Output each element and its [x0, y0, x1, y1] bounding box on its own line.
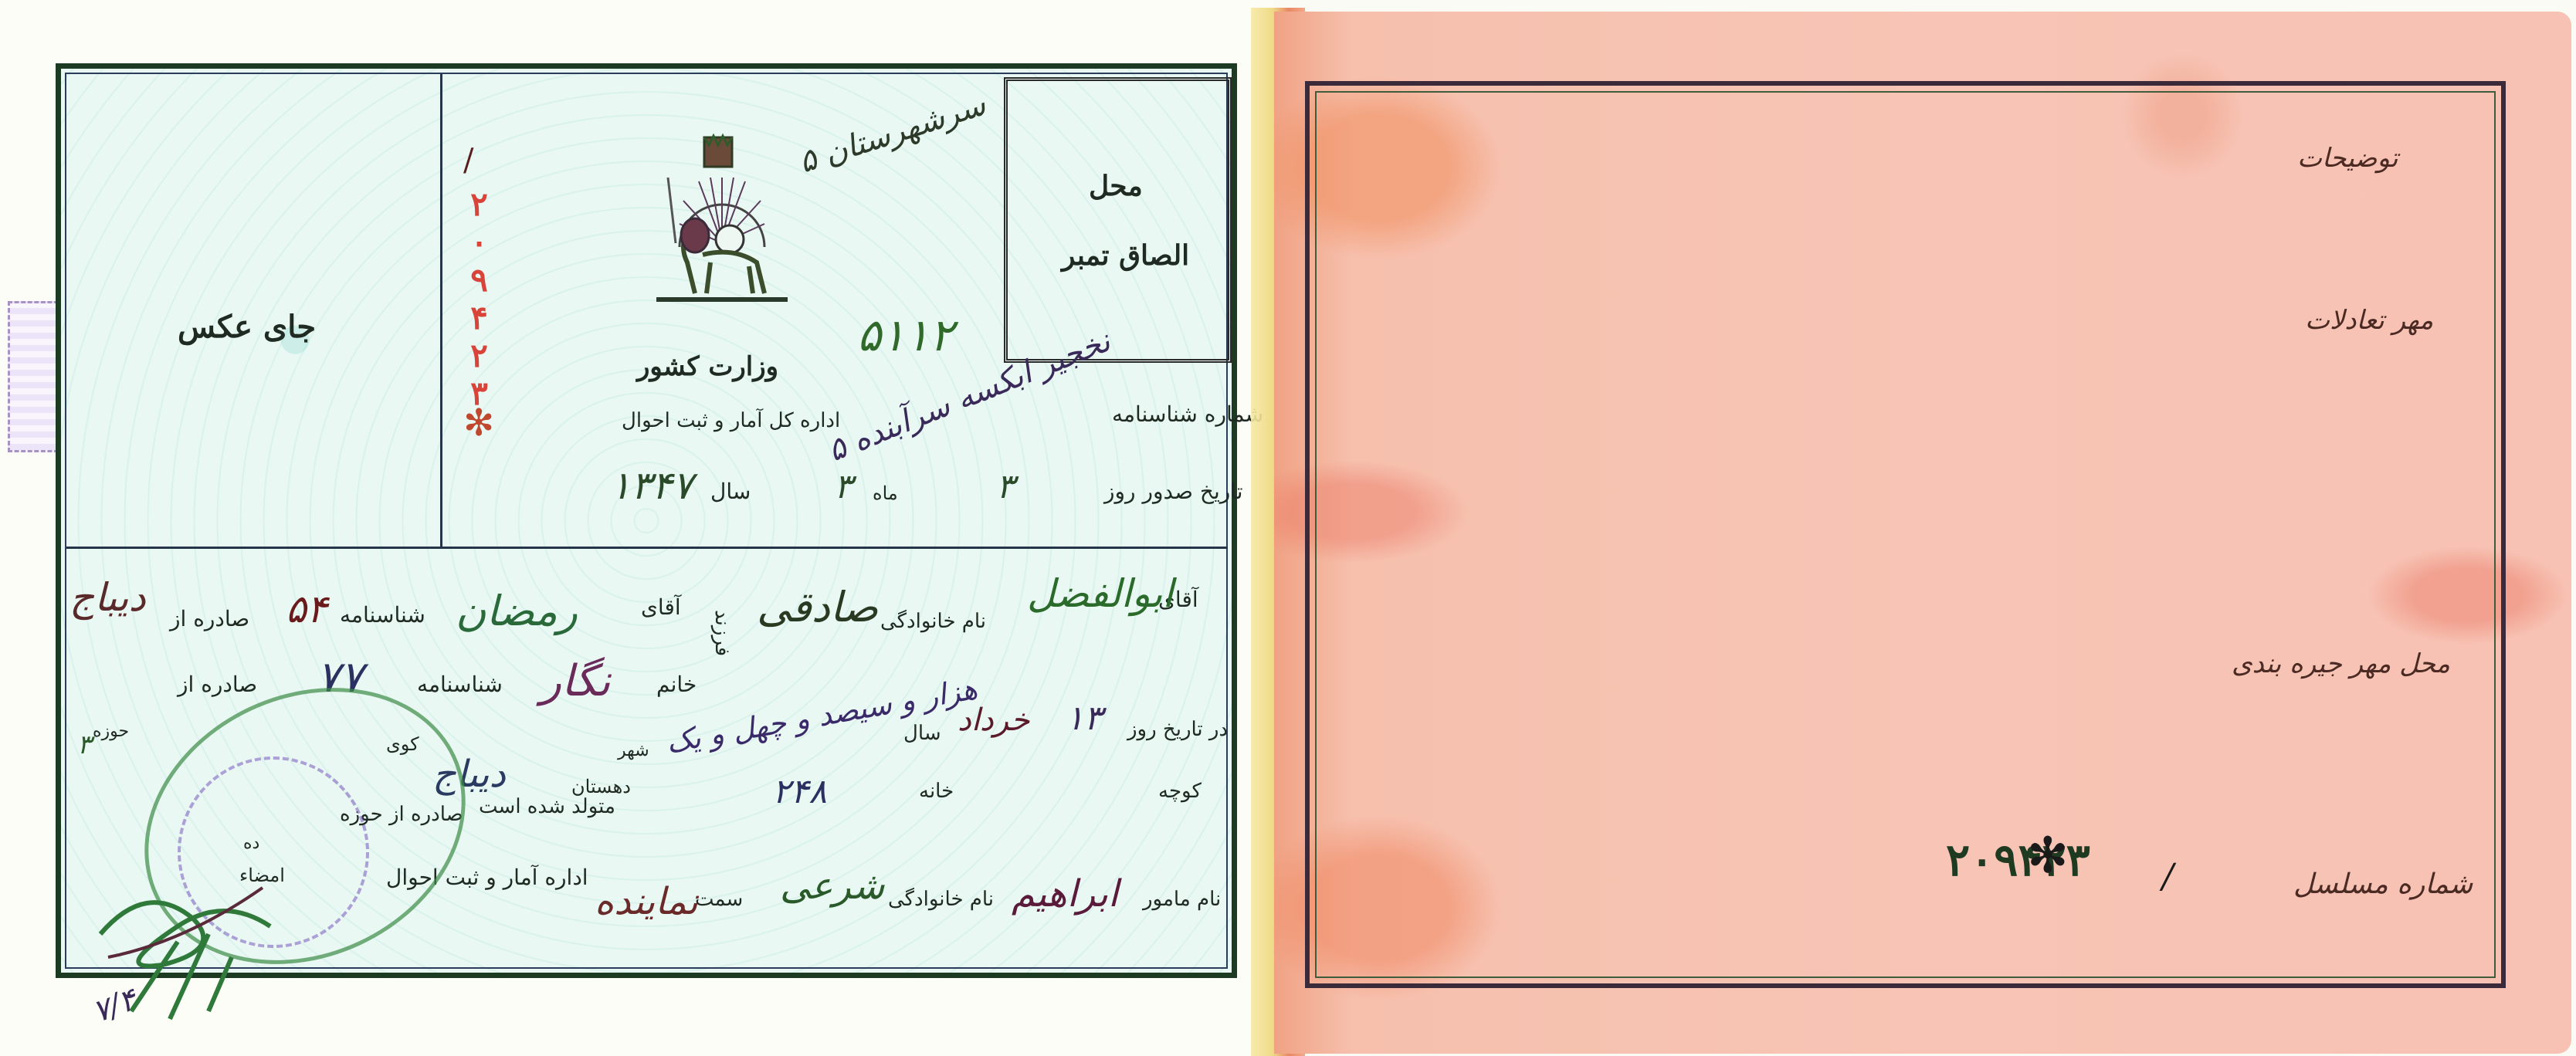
month-label: ماه [873, 482, 898, 504]
serial-number-vertical: ۲۰۹۴۲۳ [452, 185, 498, 412]
issue-day: ۳ [996, 467, 1015, 506]
right-page-inner-border [1315, 91, 2496, 978]
department-label: اداره کل آمار و ثبت احوال [622, 409, 840, 432]
birth-year-label: سال [903, 722, 941, 745]
house-value: ۲۴۸ [772, 772, 827, 811]
serial-label: شماره مسلسل [2293, 868, 2473, 900]
ministry-label: وزارت کشور [637, 351, 778, 382]
certificate-number-value: ۵۱۱۲ [857, 309, 954, 361]
section-divider [66, 547, 1228, 549]
issue-year: ۱۳۴۷ [610, 463, 693, 508]
birth-month: خرداد [958, 702, 1030, 738]
father-id: ۵۴ [286, 587, 327, 631]
issued-from-label: صادره از [170, 606, 249, 631]
serial-number: ۲۰۹۴۲۳ [1946, 834, 2090, 886]
officer-name-label: نام مامور [1143, 888, 1221, 911]
birth-day: ۱۳ [1066, 699, 1102, 738]
stamp-box [1004, 77, 1232, 363]
side-stamp [8, 301, 59, 452]
birth-date-label: در تاریخ روز [1127, 718, 1228, 741]
grandfather-name: رمضان [456, 587, 578, 635]
serial-prefix: / [2162, 857, 2174, 896]
asterisk-icon: ✻ [2027, 828, 2069, 885]
issue-month: ۳ [834, 467, 852, 506]
birth-place-district-label: دهستان [571, 776, 631, 797]
serial-prefix: / [463, 143, 473, 178]
family-name: صادقی [757, 583, 878, 631]
father-id-label: شناسنامه [340, 602, 425, 628]
issue-date-label: تاریخ صدور روز [1104, 479, 1243, 504]
mother-name: نگار [541, 656, 611, 706]
father-name: ابوالفضل [1027, 571, 1173, 616]
year-label: سال [710, 479, 751, 504]
ration-stamp-label: محل مهر جیره بندی [2232, 648, 2450, 679]
registered-label: متولد شده است [479, 795, 615, 818]
photo-area-label: جای عکس [178, 309, 316, 345]
family-name-label: نام خانوادگی [880, 610, 986, 633]
mother-id-label: شناسنامه [417, 672, 503, 697]
asterisk-icon: ✻ [463, 401, 494, 445]
house-label: خانه [919, 780, 954, 803]
grandfather-title: آقای [641, 594, 681, 620]
position-label: سمت [695, 888, 743, 911]
birth-place-city-label: شهر [618, 741, 649, 760]
photo-column-divider [440, 74, 442, 548]
officer-name: ابراهیم [1012, 872, 1118, 916]
stamp-box-label-1: محل [1089, 170, 1143, 202]
zone-value: ۳ [77, 729, 91, 760]
certificate-number-label: شماره شناسنامه [1112, 401, 1263, 427]
street-label: کوچه [1158, 780, 1202, 803]
position-value: نماینده [595, 880, 698, 923]
lion-and-sun-emblem-icon [633, 131, 803, 309]
father-issued-from: دیباج [69, 575, 146, 620]
mother-title: خانم [656, 672, 697, 697]
stamp-box-label-2: الصاق تمبر [1062, 239, 1189, 272]
notes-label: توضیحات [2297, 143, 2398, 174]
officer-family-label: نام خانوادگی [888, 888, 994, 911]
officer-family: شرعی [780, 865, 884, 908]
mother-issued-from-label: صادره از [178, 672, 257, 697]
child-label: فرزند [710, 610, 734, 656]
zone-label: حوزه [93, 722, 129, 741]
marriages-label: مهر تعادلات [2305, 305, 2433, 336]
